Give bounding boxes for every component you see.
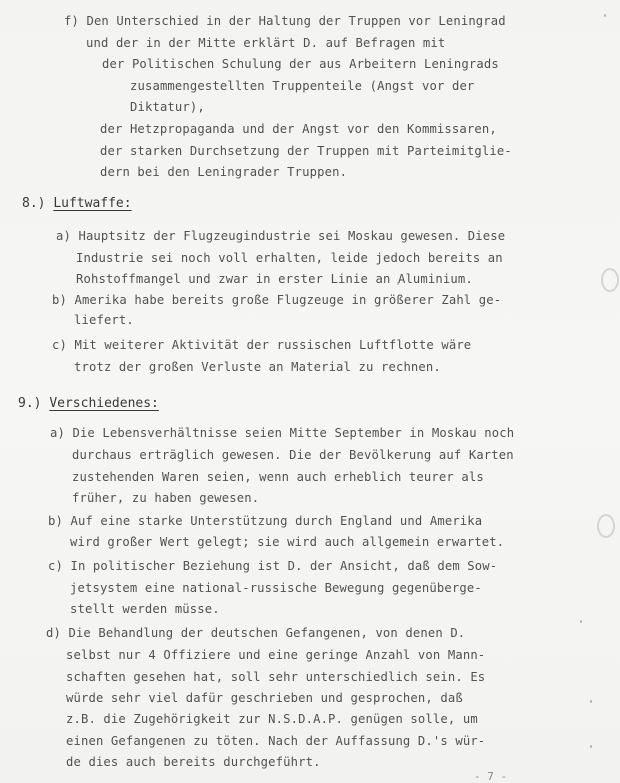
text-line: z.B. die Zugehörigkeit zur N.S.D.A.P. ge… [66, 712, 478, 726]
text-line: dern bei den Leningrader Truppen. [100, 165, 347, 179]
text-line: f) Den Unterschied in der Haltung der Tr… [64, 14, 506, 28]
punch-hole-mark [601, 268, 619, 292]
punch-hole-mark [597, 514, 615, 538]
section-title: Verschiedenes: [49, 396, 159, 411]
section-title: Luftwaffe: [53, 196, 131, 211]
text-line: und der in der Mitte erklärt D. auf Befr… [86, 36, 445, 50]
section-heading: 9.) Verschiedenes: [18, 396, 159, 411]
section-heading: 8.) Luftwaffe: [22, 196, 132, 211]
text-line: zusammengestellten Truppenteile (Angst v… [130, 79, 474, 93]
text-line: wird großer Wert gelegt; sie wird auch a… [70, 535, 504, 549]
text-line: Industrie sei noch voll erhalten, leide … [76, 251, 503, 265]
text-line: a) Die Lebensverhältnisse seien Mitte Se… [50, 426, 514, 440]
text-line: der Hetzpropaganda und der Angst vor den… [100, 122, 497, 136]
section-number: 9.) [18, 396, 41, 411]
document-page: f) Den Unterschied in der Haltung der Tr… [0, 0, 620, 783]
text-line: zustehenden Waren seien, wenn auch erheb… [72, 470, 484, 484]
paper-speck [590, 700, 592, 703]
text-line: der starken Durchsetzung der Truppen mit… [100, 144, 512, 158]
text-line: Diktatur), [130, 100, 205, 114]
text-line: d) Die Behandlung der deutschen Gefangen… [46, 626, 465, 640]
text-line: selbst nur 4 Offiziere und eine geringe … [66, 648, 485, 662]
text-line: b) Amerika habe bereits große Flugzeuge … [52, 293, 501, 307]
text-line: der Politischen Schulung der aus Arbeite… [102, 57, 499, 71]
text-line: a) Hauptsitz der Flugzeugindustrie sei M… [56, 229, 505, 243]
text-line: liefert. [74, 313, 134, 327]
section-number: 8.) [22, 196, 45, 211]
text-line: Rohstoffmangel und zwar in erster Linie … [76, 272, 473, 286]
text-line: jetsystem eine national-russische Bewegu… [70, 581, 482, 595]
text-line: de dies auch bereits durchgeführt. [66, 755, 321, 769]
text-line: b) Auf eine starke Unterstützung durch E… [48, 514, 482, 528]
paper-speck [580, 620, 582, 623]
paper-speck [604, 14, 606, 17]
paper-speck [397, 282, 399, 285]
page-number: - 7 - [474, 770, 507, 783]
text-line: stellt werden müsse. [70, 602, 220, 616]
text-line: einen Gefangenen zu töten. Nach der Auff… [66, 734, 485, 748]
text-line: c) Mit weiterer Aktivität der russischen… [52, 338, 471, 352]
text-line: trotz der großen Verluste an Material zu… [74, 360, 441, 374]
text-line: durchaus erträglich gewesen. Die der Bev… [72, 448, 514, 462]
text-line: schaften gesehen hat, soll sehr untersch… [66, 670, 485, 684]
text-line: früher, zu haben gewesen. [72, 491, 259, 505]
text-line: würde sehr viel dafür geschrieben und ge… [66, 691, 463, 705]
text-line: c) In politischer Beziehung ist D. der A… [48, 559, 497, 573]
paper-speck [590, 745, 592, 748]
